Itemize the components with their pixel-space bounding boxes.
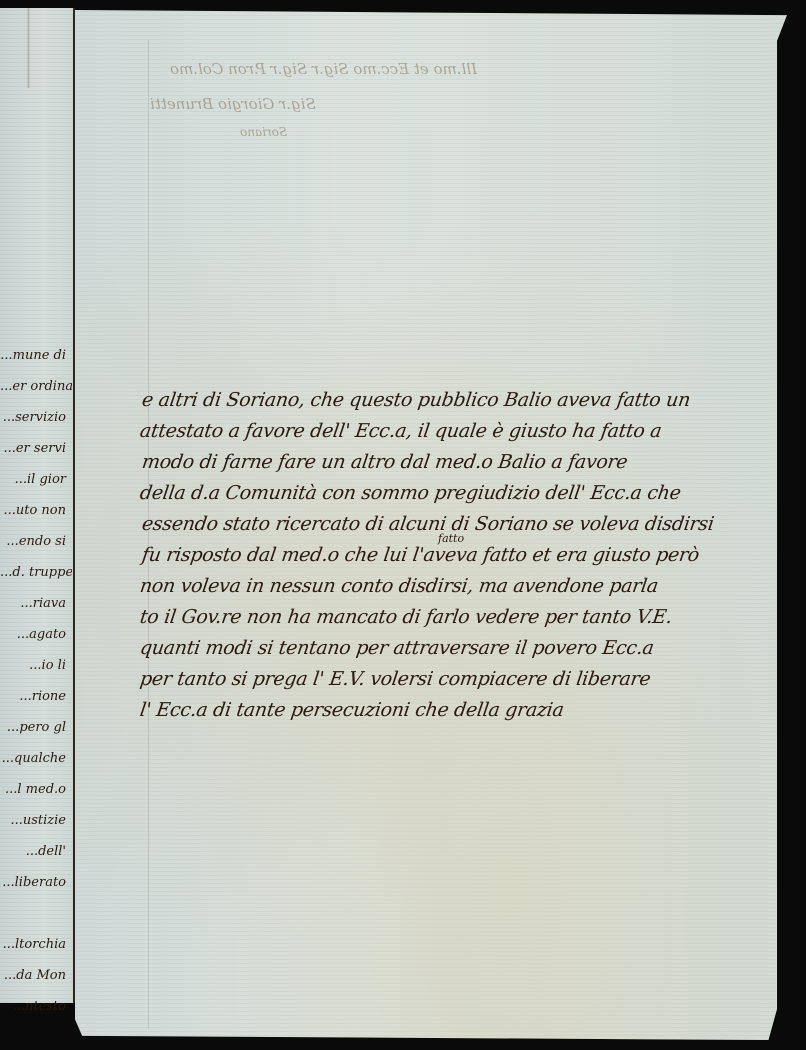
facing-line: ...ntesto xyxy=(0,991,72,1022)
manuscript-line: modo di farne fare un altro dal med.o Ba… xyxy=(140,447,792,478)
bleed-through-address-line-3: Soriano xyxy=(240,125,287,139)
facing-line: ...uto non xyxy=(0,495,72,526)
facing-line: ...rione xyxy=(0,681,72,712)
bleed-through-address-line-1: Ill.mo et Ecc.mo Sig.r Sig.r P.ron Col.m… xyxy=(170,60,477,78)
facing-line: ...da Mon xyxy=(0,960,72,991)
manuscript-line: l' Ecc.a di tante persecuzioni che della… xyxy=(138,695,792,726)
facing-line: ...er servi xyxy=(0,433,72,464)
facing-line: ...ltorchia xyxy=(0,929,72,960)
facing-line: ...er ordinar xyxy=(0,371,72,402)
manuscript-line: per tanto si prega l' E.V. volersi compi… xyxy=(138,664,792,695)
manuscript-line: e altri di Soriano, che questo pubblico … xyxy=(140,385,792,416)
letter-body: e altri di Soriano, che questo pubblico … xyxy=(140,385,790,726)
facing-line xyxy=(0,898,72,929)
manuscript-line: attestato a favore dell' Ecc.a, il quale… xyxy=(138,416,792,447)
facing-line: ...pero gl xyxy=(0,712,72,743)
manuscript-line: fu risposto dal med.o che lui l'aveva fa… xyxy=(140,540,792,571)
manuscript-line: quanti modi si tentano per attraversare … xyxy=(138,633,792,664)
facing-line: ...servizio xyxy=(0,402,72,433)
facing-line: ...endo si xyxy=(0,526,72,557)
facing-line: ...riava xyxy=(0,588,72,619)
interlinear-insertion: fatto xyxy=(438,532,464,545)
paper-crease xyxy=(27,8,30,88)
bleed-through-address-line-2: Sig.r Giorgio Brunetti xyxy=(150,95,316,113)
manuscript-line: della d.a Comunità con sommo pregiudizio… xyxy=(138,478,792,509)
manuscript-line: non voleva in nessun conto disdirsi, ma … xyxy=(138,571,792,602)
facing-line: ...io li xyxy=(0,650,72,681)
manuscript-line: essendo stato ricercato di alcuni di Sor… xyxy=(140,509,792,540)
facing-line: ...d. truppe xyxy=(0,557,72,588)
facing-line: ...agato xyxy=(0,619,72,650)
facing-line: ...liberato xyxy=(0,867,72,898)
facing-line: ...ustizie xyxy=(0,805,72,836)
facing-line: ...il gior xyxy=(0,464,72,495)
facing-line: ...l med.o xyxy=(0,774,72,805)
facing-line: ...mune di xyxy=(0,340,72,371)
facing-line: ...qualche xyxy=(0,743,72,774)
facing-page-text: ...mune di ...er ordinar ...servizio ...… xyxy=(0,340,72,1022)
manuscript-line: to il Gov.re non ha mancato di farlo ved… xyxy=(138,602,792,633)
facing-line: ...dell' xyxy=(0,836,72,867)
